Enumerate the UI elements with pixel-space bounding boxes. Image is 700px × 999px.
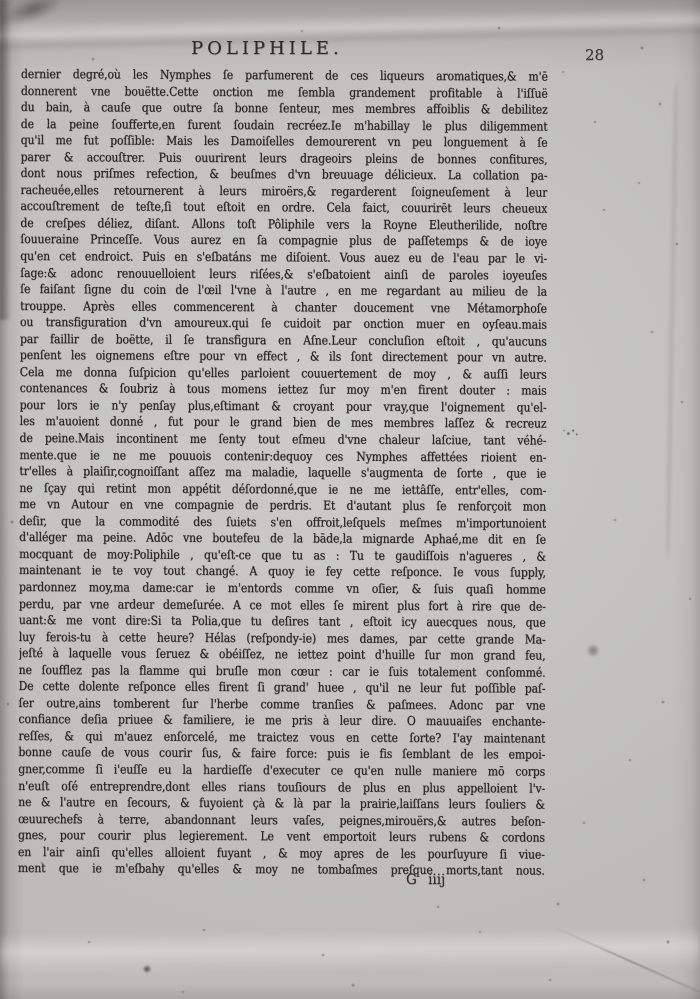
ink-stain-right-margin xyxy=(584,642,602,659)
running-title: POLIPHILE. xyxy=(191,38,343,59)
text-line: ne & l'autre en ſecours, & fuyoient çà &… xyxy=(18,794,545,813)
body-text: dernier degré,où les Nymphes ſe parfumer… xyxy=(18,66,548,879)
text-line: dernier degré,où les Nymphes ſe parfumer… xyxy=(21,66,548,85)
book-page-scan: POLIPHILE. 28 dernier degré,où les Nymph… xyxy=(0,0,700,999)
text-line: de peine.Mais incontinent me ſenty tout … xyxy=(20,430,547,449)
paper-crease-right xyxy=(664,80,680,560)
paper-edge-shadow-left xyxy=(0,0,12,320)
text-line: ment que ie m'eſbahy qu'elles & moy ne t… xyxy=(18,860,545,879)
page-number: 28 xyxy=(585,46,604,64)
ink-dot-bottom-margin xyxy=(141,963,153,975)
signature-mark: G iiij xyxy=(406,872,445,888)
text-line: pardonnez moy,ma dame:car ie m'entords c… xyxy=(19,579,546,598)
text-line: qu'en cet endroict. Puis en s'eſbatáns m… xyxy=(20,248,547,267)
paper-band-bottom xyxy=(0,927,700,975)
text-line: du bain, à cauſe que outre ſa bonne ſent… xyxy=(21,99,548,118)
ink-blotch-right-margin xyxy=(562,427,580,439)
paper-specks xyxy=(0,0,2,2)
text-line: gner,comme ſi i'euſſe eu la hardieſſe d'… xyxy=(18,761,545,780)
text-line: uant:& me vont dire:Si ta Polia,que tu d… xyxy=(19,612,546,631)
